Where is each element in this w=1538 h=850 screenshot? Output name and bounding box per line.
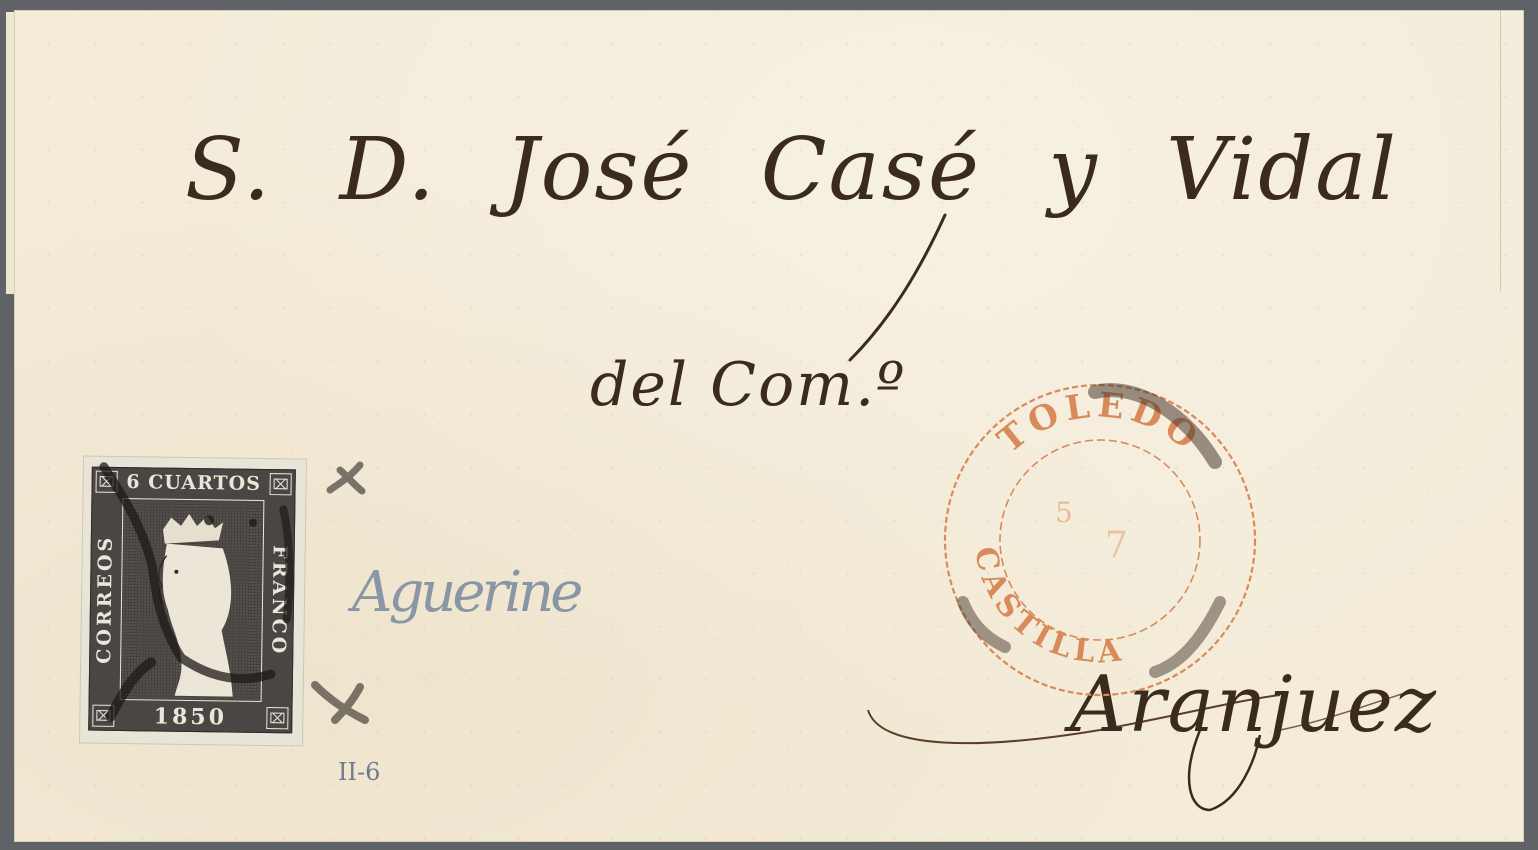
address-line-2: del Com.º	[590, 350, 906, 420]
postmark: TOLEDO CASTILLA 5 7	[935, 372, 1265, 702]
address-word: Vidal	[1166, 120, 1398, 220]
pencil-reference-number: II-6	[338, 758, 380, 786]
cancellation-mark-icon	[80, 456, 306, 745]
address-word: D.	[340, 120, 437, 220]
postage-stamp: 6 CUARTOS CORREOS FRANCO 1850 ⌧ ⌧ ⌧ ⌧	[80, 456, 306, 745]
address-word: S.	[185, 120, 272, 220]
cancel-smudge-icon	[305, 675, 375, 735]
cancel-smudge-icon	[320, 455, 380, 515]
pencil-signature: Aguerine	[352, 560, 579, 625]
address-word: y	[1048, 120, 1099, 220]
postmark-ring-icon: TOLEDO CASTILLA 5 7	[935, 372, 1265, 702]
svg-text:5: 5	[1055, 496, 1073, 529]
address-word: Casé	[761, 120, 981, 220]
address-line-1: S. D. José Casé y Vidal	[185, 120, 1436, 220]
address-word: José	[504, 120, 693, 220]
svg-text:7: 7	[1105, 525, 1128, 566]
